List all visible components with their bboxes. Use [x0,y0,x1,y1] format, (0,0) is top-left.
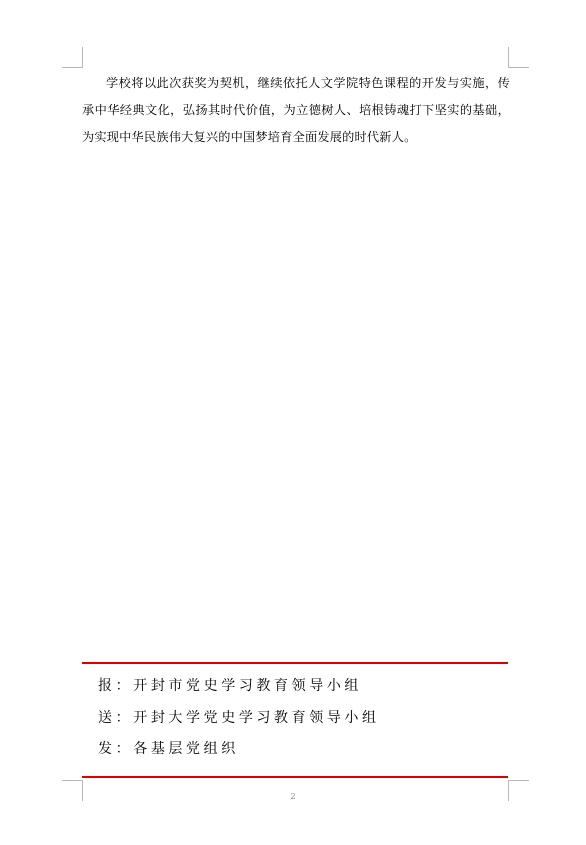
distribution-recipient: 开封大学党史学习教育领导小组 [133,710,379,726]
margin-corner-top-right [508,47,529,68]
distribution-label: 发 [98,741,116,757]
red-divider-top [82,662,508,664]
distribution-recipient: 开封市党史学习教育领导小组 [133,678,362,694]
distribution-issue-to: 发：各基层党组织 [98,741,239,757]
margin-corner-top-left [62,47,83,68]
distribution-separator: ： [116,741,134,757]
distribution-report-to: 报：开封市党史学习教育领导小组 [98,678,362,694]
distribution-label: 送 [98,710,116,726]
red-divider-bottom [82,776,508,778]
distribution-separator: ： [116,710,134,726]
distribution-label: 报 [98,678,116,694]
page-number: 2 [0,792,586,801]
body-paragraph: 学校将以此次获奖为契机，继续依托人文学院特色课程的开发与实施，传承中华经典文化，… [82,70,510,151]
distribution-send-to: 送：开封大学党史学习教育领导小组 [98,710,380,726]
distribution-recipient: 各基层党组织 [133,741,239,757]
distribution-separator: ： [116,678,134,694]
